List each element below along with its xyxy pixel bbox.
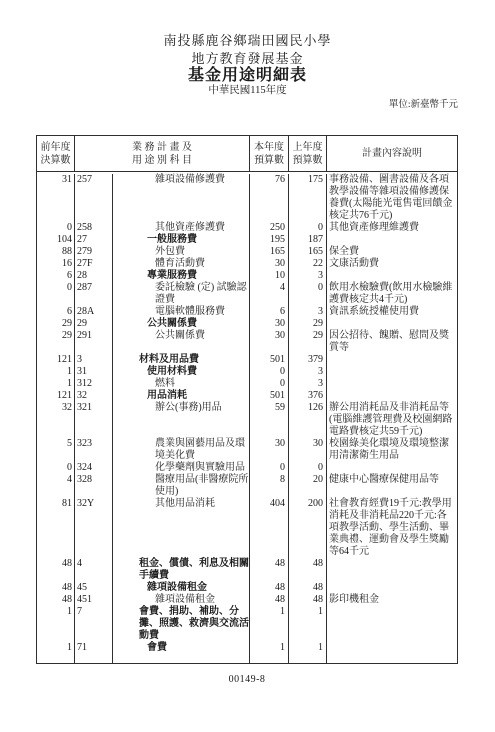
table-row: 16 27F 體育活動費 30 22 文康活動費 <box>37 258 457 270</box>
account-code: 312 <box>75 378 113 390</box>
account-code: 7 <box>75 606 113 642</box>
table-row: 1 31 使用材料費 0 3 <box>37 366 457 378</box>
fund-name: 地方教育發展基金 <box>0 50 495 67</box>
plan-description: 因公招待、餽贈、慰問及獎賞等 <box>327 330 457 354</box>
account-code: 258 <box>75 222 113 234</box>
table-row: 4 328 醫療用品(非醫療院所使用) 8 20 健康中心醫療保健用品等 <box>37 474 457 498</box>
last-year-budget-amount: 1 <box>289 606 327 642</box>
last-year-budget-amount: 29 <box>289 318 327 330</box>
account-code: 321 <box>75 402 113 438</box>
prev-year-final-amount: 0 <box>37 462 75 474</box>
current-year-budget-amount: 4 <box>250 282 289 306</box>
table-row: 1 7 會費、捐助、補助、分攤、照護、救濟與交流活動費 1 1 <box>37 606 457 642</box>
account-code: 28A <box>75 306 113 318</box>
current-year-budget-amount: 0 <box>250 462 289 474</box>
last-year-budget-amount: 3 <box>289 366 327 378</box>
plan-description <box>327 354 457 366</box>
last-year-budget-amount: 0 <box>289 222 327 234</box>
plan-description: 辦公用消耗品及非消耗品等(電腦維護管理費及校園網路電路費核定共59千元) <box>327 402 457 438</box>
account-name: 會費、捐助、補助、分攤、照護、救濟與交流活動費 <box>113 606 250 642</box>
fund-usage-table: 前年度 決算數 業 務 計 畫 及 用 途 別 科 目 本年度 預算數 上年度 … <box>36 135 458 664</box>
account-name: 專業服務費 <box>113 270 250 282</box>
plan-description: 資訊系統授權使用費 <box>327 306 457 318</box>
account-name: 電腦軟體服務費 <box>113 306 250 318</box>
last-year-budget-amount: 48 <box>289 594 327 606</box>
table-row: 5 323 農業與園藝用品及環境美化費 30 30 校園綠美化環境及環境整潔用清… <box>37 438 457 462</box>
prev-year-final-amount: 48 <box>37 594 75 606</box>
account-code: 451 <box>75 594 113 606</box>
last-year-budget-amount: 0 <box>289 282 327 306</box>
plan-description: 飲用水檢驗費(飲用水檢驗維護費核定共4千元) <box>327 282 457 306</box>
plan-description <box>327 378 457 390</box>
current-year-budget-amount: 30 <box>250 330 289 354</box>
account-name: 雜項設備租金 <box>113 594 250 606</box>
current-year-budget-amount: 30 <box>250 318 289 330</box>
table-body: 31 257 雜項設備修護費 76 175 事務設備、圖書設備及各項教學設備等雜… <box>37 172 457 663</box>
prev-year-final-amount: 48 <box>37 582 75 594</box>
page-code: 00149-8 <box>36 674 458 685</box>
prev-year-final-amount: 5 <box>37 438 75 462</box>
last-year-budget-amount: 48 <box>289 558 327 582</box>
prev-year-final-amount: 29 <box>37 318 75 330</box>
account-code: 29 <box>75 318 113 330</box>
plan-description: 校園綠美化環境及環境整潔用清潔衛生用品 <box>327 438 457 462</box>
current-year-budget-amount <box>250 654 289 663</box>
plan-description: 健康中心醫療保健用品等 <box>327 474 457 498</box>
plan-description <box>327 462 457 474</box>
prev-year-final-amount: 0 <box>37 222 75 234</box>
account-code: 3 <box>75 354 113 366</box>
table-row: 29 291 公共關係費 30 29 因公招待、餽贈、慰問及獎賞等 <box>37 330 457 354</box>
table-row: 0 258 其他資產修護費 250 0 其他資產修理維護費 <box>37 222 457 234</box>
table-row: 0 287 委託檢驗 (定) 試驗認證費 4 0 飲用水檢驗費(飲用水檢驗維護費… <box>37 282 457 306</box>
account-name: 辦公(事務)用品 <box>113 402 250 438</box>
plan-description <box>327 582 457 594</box>
column-header-prev-year-final: 前年度 決算數 <box>37 136 75 171</box>
last-year-budget-amount: 126 <box>289 402 327 438</box>
plan-description: 影印機租金 <box>327 594 457 606</box>
document-title: 基金用途明細表 <box>0 67 495 84</box>
table-row: 29 29 公共關係費 30 29 <box>37 318 457 330</box>
account-code: 32 <box>75 390 113 402</box>
document-title-block: 南投縣鹿谷鄉瑞田國民小學 地方教育發展基金 基金用途明細表 中華民國115年度 <box>0 32 495 97</box>
plan-description <box>327 558 457 582</box>
prev-year-final-amount: 1 <box>37 366 75 378</box>
table-row: 121 32 用品消耗 501 376 <box>37 390 457 402</box>
prev-year-final-amount: 0 <box>37 282 75 306</box>
table-row: 1 71 會費 1 1 <box>37 642 457 654</box>
last-year-budget-amount: 22 <box>289 258 327 270</box>
table-row: 6 28 專業服務費 10 3 <box>37 270 457 282</box>
current-year-budget-amount: 0 <box>250 366 289 378</box>
prev-year-final-amount: 6 <box>37 306 75 318</box>
plan-description <box>327 366 457 378</box>
last-year-budget-amount: 20 <box>289 474 327 498</box>
prev-year-final-amount: 121 <box>37 354 75 366</box>
table-row: 104 27 一般服務費 195 187 <box>37 234 457 246</box>
plan-description <box>327 318 457 330</box>
account-code: 31 <box>75 366 113 378</box>
table-row <box>37 654 457 663</box>
account-name: 用品消耗 <box>113 390 250 402</box>
current-year-budget-amount: 48 <box>250 582 289 594</box>
account-code: 4 <box>75 558 113 582</box>
account-code: 279 <box>75 246 113 258</box>
current-year-budget-amount: 501 <box>250 390 289 402</box>
account-name: 會費 <box>113 642 250 654</box>
current-year-budget-amount: 1 <box>250 642 289 654</box>
table-row: 48 451 雜項設備租金 48 48 影印機租金 <box>37 594 457 606</box>
last-year-budget-amount: 200 <box>289 498 327 558</box>
current-year-budget-amount: 1 <box>250 606 289 642</box>
account-code <box>75 654 113 663</box>
account-code: 287 <box>75 282 113 306</box>
current-year-budget-amount: 250 <box>250 222 289 234</box>
fiscal-year: 中華民國115年度 <box>0 84 495 97</box>
account-name: 委託檢驗 (定) 試驗認證費 <box>113 282 250 306</box>
prev-year-final-amount: 121 <box>37 390 75 402</box>
last-year-budget-amount: 165 <box>289 246 327 258</box>
account-code: 323 <box>75 438 113 462</box>
plan-description <box>327 234 457 246</box>
account-name: 公共關係費 <box>113 330 250 354</box>
plan-description <box>327 606 457 642</box>
account-name: 租金、償債、利息及相關手續費 <box>113 558 250 582</box>
account-name: 其他用品消耗 <box>113 498 250 558</box>
plan-description <box>327 642 457 654</box>
last-year-budget-amount: 379 <box>289 354 327 366</box>
plan-description: 文康活動費 <box>327 258 457 270</box>
current-year-budget-amount: 6 <box>250 306 289 318</box>
current-year-budget-amount: 76 <box>250 174 289 222</box>
prev-year-final-amount: 32 <box>37 402 75 438</box>
account-name: 其他資產修護費 <box>113 222 250 234</box>
account-name: 燃料 <box>113 378 250 390</box>
account-code: 257 <box>75 174 113 222</box>
plan-description <box>327 654 457 663</box>
account-name: 化學藥劑與實驗用品 <box>113 462 250 474</box>
account-name: 公共關係費 <box>113 318 250 330</box>
account-name: 醫療用品(非醫療院所使用) <box>113 474 250 498</box>
prev-year-final-amount <box>37 654 75 663</box>
prev-year-final-amount: 1 <box>37 642 75 654</box>
account-code: 32Y <box>75 498 113 558</box>
current-year-budget-amount: 30 <box>250 258 289 270</box>
last-year-budget-amount: 376 <box>289 390 327 402</box>
account-name: 材料及用品費 <box>113 354 250 366</box>
last-year-budget-amount: 3 <box>289 270 327 282</box>
current-year-budget-amount: 8 <box>250 474 289 498</box>
plan-description: 社會教育經費19千元:教學用消耗及非消耗品220千元:各項教學活動、學生活動、畢… <box>327 498 457 558</box>
account-code: 71 <box>75 642 113 654</box>
table-row: 48 45 雜項設備租金 48 48 <box>37 582 457 594</box>
table-row: 88 279 外包費 165 165 保全費 <box>37 246 457 258</box>
last-year-budget-amount: 187 <box>289 234 327 246</box>
account-code: 27 <box>75 234 113 246</box>
last-year-budget-amount: 29 <box>289 330 327 354</box>
table-row: 1 312 燃料 0 3 <box>37 378 457 390</box>
prev-year-final-amount: 31 <box>37 174 75 222</box>
column-header-description: 計畫內容說明 <box>327 136 457 171</box>
currency-unit-label: 單位:新臺幣千元 <box>0 100 458 111</box>
prev-year-final-amount: 48 <box>37 558 75 582</box>
account-name: 一般服務費 <box>113 234 250 246</box>
last-year-budget-amount: 48 <box>289 582 327 594</box>
prev-year-final-amount: 16 <box>37 258 75 270</box>
prev-year-final-amount: 88 <box>37 246 75 258</box>
plan-description: 保全費 <box>327 246 457 258</box>
current-year-budget-amount: 404 <box>250 498 289 558</box>
last-year-budget-amount: 1 <box>289 642 327 654</box>
current-year-budget-amount: 0 <box>250 378 289 390</box>
plan-description <box>327 270 457 282</box>
prev-year-final-amount: 6 <box>37 270 75 282</box>
account-name: 外包費 <box>113 246 250 258</box>
current-year-budget-amount: 48 <box>250 594 289 606</box>
table-row: 32 321 辦公(事務)用品 59 126 辦公用消耗品及非消耗品等(電腦維護… <box>37 402 457 438</box>
current-year-budget-amount: 501 <box>250 354 289 366</box>
prev-year-final-amount: 81 <box>37 498 75 558</box>
prev-year-final-amount: 29 <box>37 330 75 354</box>
current-year-budget-amount: 48 <box>250 558 289 582</box>
account-name <box>113 654 250 663</box>
current-year-budget-amount: 195 <box>250 234 289 246</box>
plan-description <box>327 390 457 402</box>
table-header-row: 前年度 決算數 業 務 計 畫 及 用 途 別 科 目 本年度 預算數 上年度 … <box>37 136 457 172</box>
column-header-current-year-budget: 本年度 預算數 <box>250 136 289 171</box>
account-code: 28 <box>75 270 113 282</box>
last-year-budget-amount <box>289 654 327 663</box>
last-year-budget-amount: 3 <box>289 378 327 390</box>
current-year-budget-amount: 59 <box>250 402 289 438</box>
table-row: 6 28A 電腦軟體服務費 6 3 資訊系統授權使用費 <box>37 306 457 318</box>
current-year-budget-amount: 10 <box>250 270 289 282</box>
last-year-budget-amount: 0 <box>289 462 327 474</box>
account-name: 雜項設備修護費 <box>113 174 250 222</box>
plan-description: 其他資產修理維護費 <box>327 222 457 234</box>
table-row: 31 257 雜項設備修護費 76 175 事務設備、圖書設備及各項教學設備等雜… <box>37 174 457 222</box>
prev-year-final-amount: 104 <box>37 234 75 246</box>
last-year-budget-amount: 175 <box>289 174 327 222</box>
prev-year-final-amount: 1 <box>37 606 75 642</box>
column-header-last-year-budget: 上年度 預算數 <box>289 136 327 171</box>
table-row: 81 32Y 其他用品消耗 404 200 社會教育經費19千元:教學用消耗及非… <box>37 498 457 558</box>
account-code: 328 <box>75 474 113 498</box>
table-row: 48 4 租金、償債、利息及相關手續費 48 48 <box>37 558 457 582</box>
prev-year-final-amount: 4 <box>37 474 75 498</box>
account-code: 27F <box>75 258 113 270</box>
account-name: 農業與園藝用品及環境美化費 <box>113 438 250 462</box>
current-year-budget-amount: 30 <box>250 438 289 462</box>
account-code: 324 <box>75 462 113 474</box>
table-row: 121 3 材料及用品費 501 379 <box>37 354 457 366</box>
account-code: 45 <box>75 582 113 594</box>
current-year-budget-amount: 165 <box>250 246 289 258</box>
account-name: 使用材料費 <box>113 366 250 378</box>
account-name: 雜項設備租金 <box>113 582 250 594</box>
last-year-budget-amount: 3 <box>289 306 327 318</box>
plan-description: 事務設備、圖書設備及各項教學設備等雜項設備修護保養費(太陽能光電售電回饋金核定共… <box>327 174 457 222</box>
account-code: 291 <box>75 330 113 354</box>
school-name: 南投縣鹿谷鄉瑞田國民小學 <box>0 32 495 50</box>
table-row: 0 324 化學藥劑與實驗用品 0 0 <box>37 462 457 474</box>
account-name: 體育活動費 <box>113 258 250 270</box>
last-year-budget-amount: 30 <box>289 438 327 462</box>
column-header-subject: 業 務 計 畫 及 用 途 別 科 目 <box>75 136 250 171</box>
prev-year-final-amount: 1 <box>37 378 75 390</box>
